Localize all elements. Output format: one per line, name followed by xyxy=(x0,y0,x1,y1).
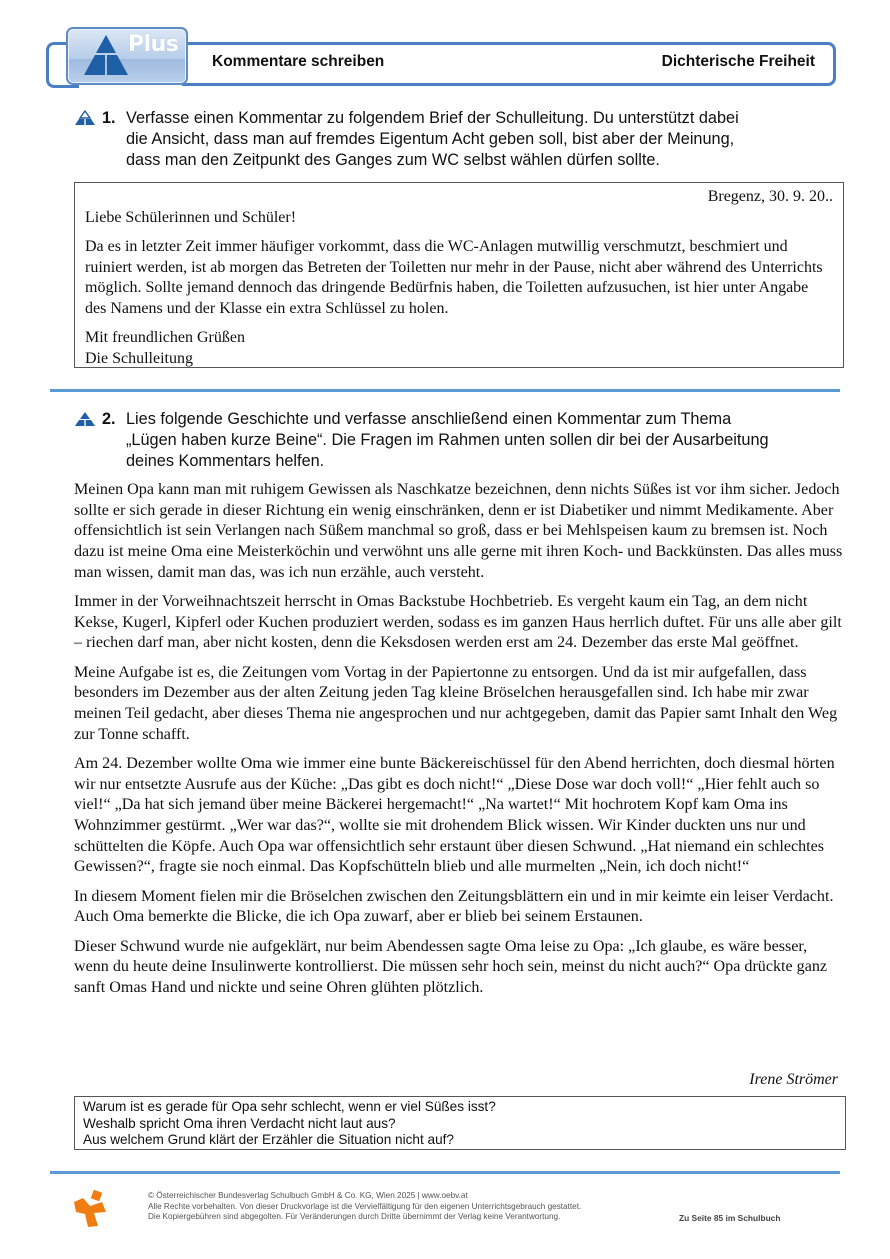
copyright-line: Die Kopiergebühren sind abgegolten. Für … xyxy=(148,1212,581,1223)
copyright-line: © Österreichischer Bundesverlag Schulbuc… xyxy=(148,1191,581,1202)
task-1: 1. Verfasse einen Kommentar zu folgendem… xyxy=(74,108,846,171)
task-text-line: die Ansicht, dass man auf fremdes Eigent… xyxy=(126,129,846,150)
letter-closing: Mit freundlichen Grüßen xyxy=(85,328,833,349)
copyright-line: Alle Rechte vorbehalten. Von dieser Druc… xyxy=(148,1202,581,1213)
letter-signature: Die Schulleitung xyxy=(85,349,833,370)
story-paragraph: In diesem Moment fielen mir die Bröselch… xyxy=(74,887,846,928)
task-2: 2. Lies folgende Geschichte und verfasse… xyxy=(74,409,846,472)
textbook-page-reference: Zu Seite 85 im Schulbuch xyxy=(679,1213,780,1223)
story-text: Meinen Opa kann man mit ruhigem Gewissen… xyxy=(74,480,846,1007)
section-divider xyxy=(50,389,840,392)
plus-logo: Plus xyxy=(66,27,188,85)
story-paragraph: Dieser Schwund wurde nie aufgeklärt, nur… xyxy=(74,937,846,999)
task-text-line: Verfasse einen Kommentar zu folgendem Br… xyxy=(126,108,846,129)
story-author: Irene Strömer xyxy=(749,1071,838,1089)
letter-salutation: Liebe Schülerinnen und Schüler! xyxy=(85,208,833,229)
task-number: 1. xyxy=(102,108,116,129)
task-text-line: Lies folgende Geschichte und verfasse an… xyxy=(126,409,846,430)
logo-text: Plus xyxy=(128,32,178,57)
footer-divider xyxy=(50,1171,840,1174)
section-title: Dichterische Freiheit xyxy=(662,53,815,71)
story-paragraph: Meinen Opa kann man mit ruhigem Gewissen… xyxy=(74,480,846,584)
difficulty-pyramid-icon xyxy=(74,110,96,126)
task-text-line: „Lügen haben kurze Beine“. Die Fragen im… xyxy=(126,430,846,451)
letter-body: Da es in letzter Zeit immer häufiger vor… xyxy=(85,237,833,319)
task-text-line: deines Kommentars helfen. xyxy=(126,451,846,472)
story-paragraph: Immer in der Vorweihnachtszeit herrscht … xyxy=(74,592,846,654)
story-paragraph: Meine Aufgabe ist es, die Zeitungen vom … xyxy=(74,663,846,746)
story-paragraph: Am 24. Dezember wollte Oma wie immer ein… xyxy=(74,754,846,878)
difficulty-pyramid-icon xyxy=(74,411,96,427)
copyright-notice: © Österreichischer Bundesverlag Schulbuc… xyxy=(148,1191,581,1223)
letter-date: Bregenz, 30. 9. 20.. xyxy=(85,187,833,208)
question-item: Weshalb spricht Oma ihren Verdacht nicht… xyxy=(83,1116,837,1133)
task-text-line: dass man den Zeitpunkt des Ganges zum WC… xyxy=(126,150,846,171)
letter-box: Bregenz, 30. 9. 20.. Liebe Schülerinnen … xyxy=(74,182,844,368)
question-item: Aus welchem Grund klärt der Erzähler die… xyxy=(83,1132,837,1149)
guiding-questions-box: Warum ist es gerade für Opa sehr schlech… xyxy=(74,1096,846,1150)
task-number: 2. xyxy=(102,409,116,430)
question-item: Warum ist es gerade für Opa sehr schlech… xyxy=(83,1099,837,1116)
pyramid-logo-icon xyxy=(82,33,130,77)
publisher-logo-icon xyxy=(72,1190,110,1228)
worksheet-title: Kommentare schreiben xyxy=(212,53,384,71)
